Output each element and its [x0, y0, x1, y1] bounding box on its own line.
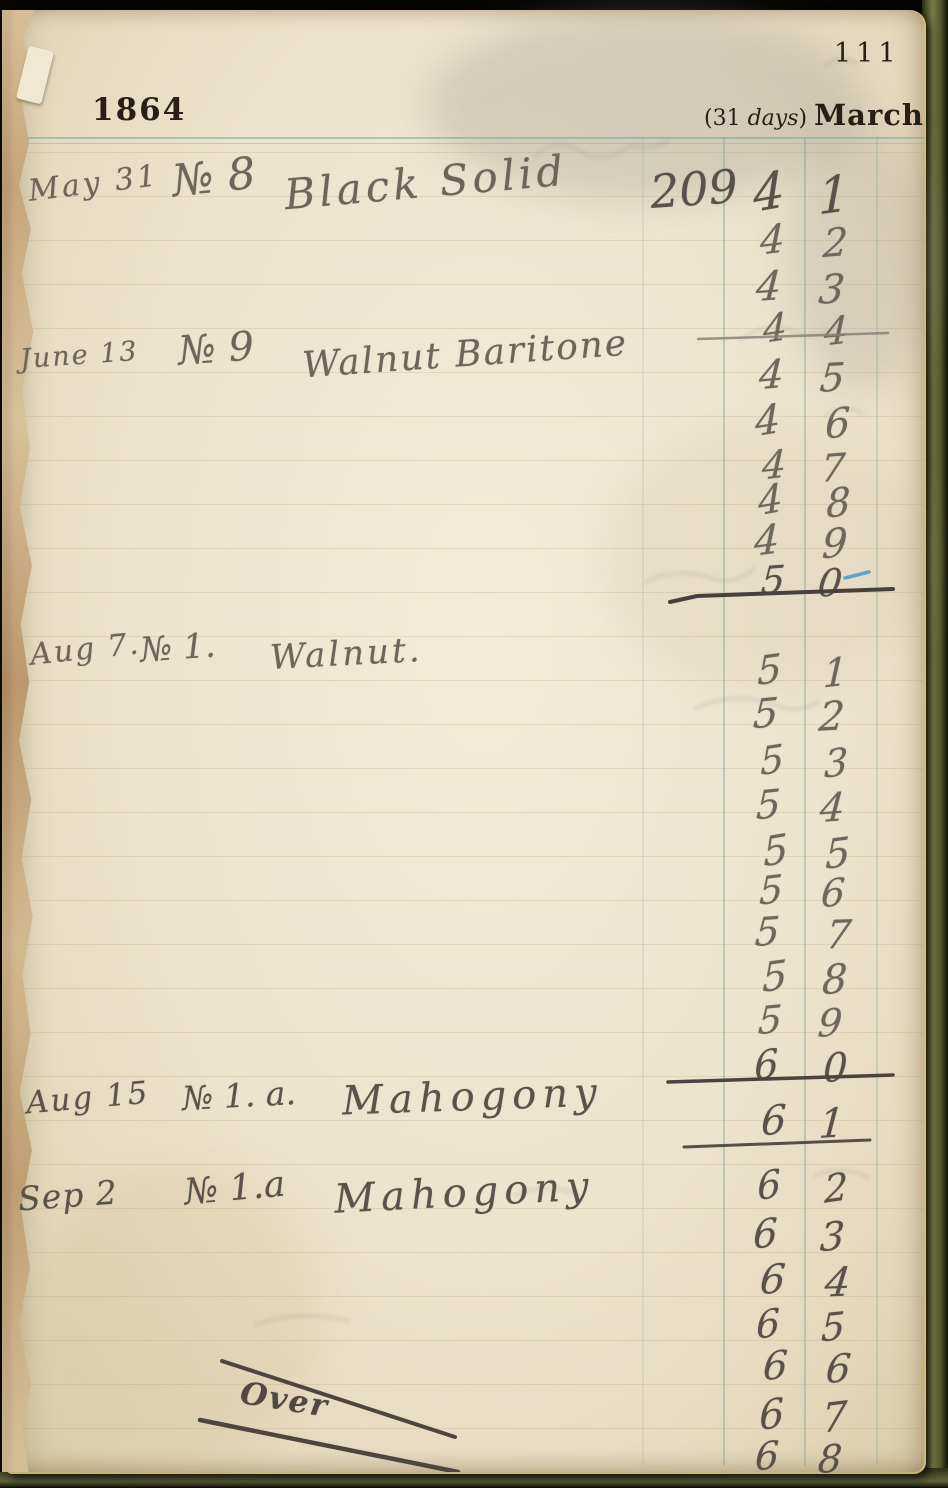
figure-units: 7: [822, 1393, 848, 1443]
figure-tens: 5: [759, 866, 784, 913]
figure-tens: 6: [756, 1300, 780, 1348]
figure-units: 0: [816, 560, 845, 605]
figure-tens: 4: [758, 352, 785, 400]
entry-model-number: № 9: [176, 323, 255, 374]
figure-units: 9: [816, 1000, 844, 1046]
figure-units: 6: [824, 1346, 853, 1393]
serial-prefix: 209: [648, 159, 739, 219]
figure-tens: 5: [755, 781, 781, 829]
figure-units: 0: [823, 1044, 848, 1092]
figure-units: 1: [817, 1100, 846, 1148]
header-rule-line: [6, 143, 924, 144]
figure-units: 3: [819, 1214, 846, 1262]
days-count-open: (31: [704, 106, 748, 131]
figure-units: 4: [823, 308, 849, 355]
month-name: March: [814, 98, 924, 132]
days-count-close: ): [799, 106, 815, 131]
figure-units: 4: [823, 1259, 853, 1306]
figure-tens: 6: [760, 1096, 787, 1145]
ledger-column-line: [723, 137, 725, 1466]
figure-units: 2: [817, 693, 846, 741]
figure-units: 6: [825, 399, 851, 449]
ledger-page-scan: 111 1864 (31 days) March May 31 № 8 Blac…: [0, 0, 948, 1488]
figure-tens: 6: [754, 1041, 779, 1090]
figure-units: 5: [820, 1304, 846, 1351]
ledger-column-line: [804, 137, 806, 1466]
figure-tens: 6: [756, 1161, 781, 1210]
folio-number: 111: [834, 38, 901, 69]
figure-tens: 4: [755, 396, 781, 446]
figure-units: 8: [821, 955, 848, 1004]
entry-description: Mahogony: [341, 1069, 603, 1124]
figure-tens: 4: [760, 216, 785, 264]
printed-year: 1864: [92, 92, 186, 128]
figure-tens: 6: [754, 1433, 780, 1480]
entry-model-number: № 1. a.: [181, 1073, 297, 1118]
figure-units: 3: [817, 266, 847, 313]
figure-units: 4: [818, 785, 846, 832]
header-rule-line: [6, 137, 924, 139]
figure-units: 2: [824, 1164, 848, 1212]
figure-tens: 6: [762, 1343, 789, 1391]
figure-tens: 5: [757, 997, 783, 1043]
figure-tens: 6: [758, 1256, 787, 1304]
figure-units: 5: [818, 355, 847, 402]
ledger-column-line: [876, 137, 878, 1466]
figure-tens: 5: [752, 690, 780, 739]
figure-units: 2: [822, 220, 849, 268]
figure-tens: 5: [759, 557, 786, 603]
figure-tens: 6: [753, 1210, 778, 1258]
figure-tens: 4: [754, 263, 783, 311]
ledger-column-line: [642, 137, 644, 1466]
figure-units: 3: [824, 739, 849, 786]
figure-tens: 5: [753, 909, 781, 956]
figure-tens: 5: [757, 646, 782, 695]
figure-units: 1: [818, 164, 850, 227]
figure-tens: 4: [752, 160, 785, 224]
figure-tens: 5: [762, 952, 787, 1002]
figure-tens: 5: [760, 736, 785, 784]
printed-month-header: (31 days) March: [704, 98, 924, 132]
figure-units: 1: [822, 649, 848, 697]
entry-model-number: № 1.a: [182, 1164, 287, 1214]
figure-units: 6: [820, 870, 846, 916]
diary-page: 111 1864 (31 days) March May 31 № 8 Blac…: [6, 10, 926, 1474]
days-word: days: [748, 106, 799, 131]
entry-description: Walnut.: [269, 630, 423, 678]
entry-model-number: № 8: [170, 148, 258, 207]
figure-units: 8: [816, 1436, 843, 1482]
entry-model-number: № 1.: [139, 625, 217, 670]
figure-tens: 4: [763, 304, 787, 352]
entry-date: Sep 2: [17, 1173, 119, 1219]
figure-units: 7: [824, 912, 854, 958]
